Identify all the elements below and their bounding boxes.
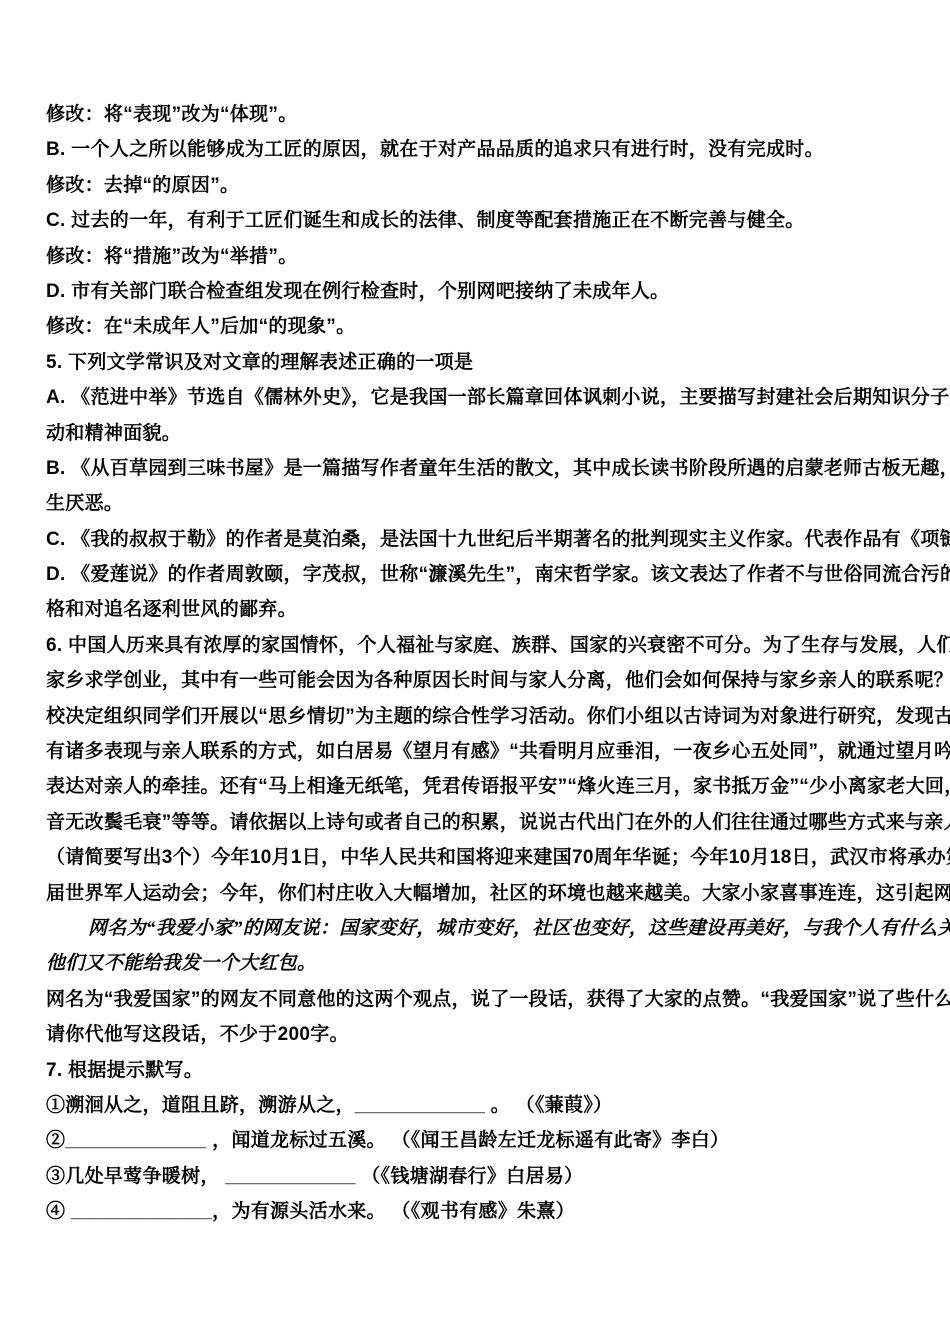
text-line: 动和精神面貌。 <box>46 416 910 451</box>
text-line: 家乡求学创业，其中有一些可能会因为各种原因长时间与家人分离，他们会如何保持与家乡… <box>46 663 910 698</box>
text-line: 修改：在“未成年人”后加“的现象”。 <box>46 309 910 344</box>
text-line: B. 一个人之所以能够成为工匠的原因，就在于对产品品质的追求只有进行时，没有完成… <box>46 132 910 167</box>
text-line: 生厌恶。 <box>46 486 910 521</box>
text-line: B. 《从百草园到三味书屋》是一篇描写作者童年生活的散文，其中成长读书阶段所遇的… <box>46 451 910 486</box>
text-line: C. 过去的一年，有利于工匠们诞生和成长的法律、制度等配套措施正在不断完善与健全… <box>46 203 910 238</box>
text-line: D. 市有关部门联合检查组发现在例行检查时，个别网吧接纳了未成年人。 <box>46 274 910 309</box>
text-line: （请简要写出3个）今年10月1日，中华人民共和国将迎来建国70周年华诞；今年10… <box>46 840 910 875</box>
text-line: ③几处早莺争暖树， ____________ （《钱塘湖春行》白居易） <box>46 1159 910 1194</box>
text-line: C. 《我的叔叔于勒》的作者是莫泊桑，是法国十九世纪后半期著名的批判现实主义作家… <box>46 522 910 557</box>
text-line: 音无改鬓毛衰”等等。请依据以上诗句或者自己的积累，说说古代出门在外的人们往往通过… <box>46 805 910 840</box>
text-line: D. 《爱莲说》的作者周敦颐，字茂叔，世称“濂溪先生”，南宋哲学家。该文表达了作… <box>46 557 910 592</box>
text-line: 有诸多表现与亲人联系的方式，如白居易《望月有感》“共看明月应垂泪，一夜乡心五处同… <box>46 734 910 769</box>
text-line: A. 《范进中举》节选自《儒林外史》，它是我国一部长篇章回体讽刺小说，主要描写封… <box>46 380 910 415</box>
document-body: 修改：将“表现”改为“体现”。B. 一个人之所以能够成为工匠的原因，就在于对产品… <box>46 97 910 1230</box>
text-line: 6. 中国人历来具有浓厚的家国情怀，个人福祉与家庭、族群、国家的兴衰密不可分。为… <box>46 628 910 663</box>
text-line: 5. 下列文学常识及对文章的理解表述正确的一项是 <box>46 345 910 380</box>
text-line: 网名为“我爱小家”的网友说：国家变好，城市变好，社区也变好，这些建设再美好，与我… <box>46 911 910 946</box>
text-line: 请你代他写这段话，不少于200字。 <box>46 1017 910 1052</box>
text-line: 网名为“我爱国家”的网友不同意他的这两个观点，说了一段话，获得了大家的点赞。“我… <box>46 982 910 1017</box>
text-line: 他们又不能给我发一个大红包。 <box>46 946 910 981</box>
text-line: 修改：将“措施”改为“举措”。 <box>46 239 910 274</box>
text-line: ①溯洄从之，道阻且跻，溯游从之，____________ 。 （《蒹葭》） <box>46 1088 910 1123</box>
text-line: 7. 根据提示默写。 <box>46 1053 910 1088</box>
text-line: 届世界军人运动会；今年，你们村庄收入大幅增加，社区的环境也越来越美。大家小家喜事… <box>46 876 910 911</box>
text-line: 修改：将“表现”改为“体现”。 <box>46 97 910 132</box>
text-line: ④ _____________，为有源头活水来。 （《观书有感》朱熹） <box>46 1194 910 1229</box>
text-line: ②_____________ ，闻道龙标过五溪。 （《闻王昌龄左迁龙标遥有此寄》… <box>46 1123 910 1158</box>
exam-page: 修改：将“表现”改为“体现”。B. 一个人之所以能够成为工匠的原因，就在于对产品… <box>0 0 950 1344</box>
text-line: 校决定组织同学们开展以“思乡情切”为主题的综合性学习活动。你们小组以古诗词为对象… <box>46 699 910 734</box>
text-line: 表达对亲人的牵挂。还有“马上相逢无纸笔，凭君传语报平安”“烽火连三月，家书抵万金… <box>46 769 910 804</box>
text-line: 修改：去掉“的原因”。 <box>46 168 910 203</box>
text-line: 格和对追名逐利世风的鄙弃。 <box>46 592 910 627</box>
